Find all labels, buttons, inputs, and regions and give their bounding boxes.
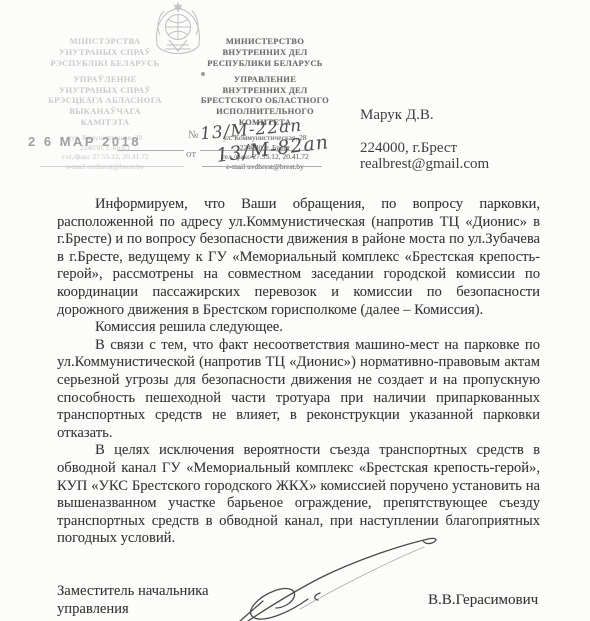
letterhead-line: тэл./факс 27.55.12, 20.41.72 <box>22 152 188 162</box>
signer-position-line1: Заместитель начальника <box>57 583 209 601</box>
letterhead-line: РЕСПУБЛИКИ БЕЛАРУСЬ <box>194 58 336 69</box>
letterhead-line: ВНУТРЕННИХ ДЕЛ <box>194 47 336 58</box>
paragraph-barrier-installation: В целях исключения вероятности съезда тр… <box>57 442 540 548</box>
incoming-date-stamp: 2 6 МАР 2018 <box>28 134 141 149</box>
letterhead-left-department: УПРАЎЛЕННЕ УНУТРАНЫХ СПРАЎ БРЭСЦКАГА АБЛ… <box>22 74 188 128</box>
letterhead-line: ВНУТРЕННИХ ДЕЛ <box>194 85 336 96</box>
letterhead-line: УПРАВЛЕНИЕ <box>194 74 336 85</box>
letterhead-line: ВЫКАНАЎЧАГА <box>22 106 188 117</box>
letterhead-line: УНУТРАНЫХ СПРАЎ <box>22 47 188 58</box>
scan-artifact-dot <box>201 72 205 76</box>
signer-position: Заместитель начальника управления <box>57 583 209 618</box>
letterhead-left-ministry: МІНІСТЭРСТВА УНУТРАНЫХ СПРАЎ РЭСПУБЛІКІ … <box>22 36 188 69</box>
second-row-underline <box>40 165 184 167</box>
scanned-letter-page: МІНІСТЭРСТВА УНУТРАНЫХ СПРАЎ РЭСПУБЛІКІ … <box>0 0 590 621</box>
recipient-email: realbrest@gmail.com <box>360 156 489 172</box>
letterhead-line: УПРАЎЛЕННЕ <box>22 74 188 85</box>
letterhead-line: МИНИСТЕРСТВО <box>194 36 336 47</box>
letterhead-line: РЭСПУБЛІКІ БЕЛАРУСЬ <box>22 58 188 69</box>
letterhead-right-ministry: МИНИСТЕРСТВО ВНУТРЕННИХ ДЕЛ РЕСПУБЛИКИ Б… <box>194 36 336 69</box>
signer-position-line2: управления <box>57 601 209 619</box>
letterhead-line: ИСПОЛНИТЕЛЬНОГО <box>194 106 336 117</box>
ref-from-label: от <box>186 148 196 160</box>
letterhead-line: БРЭСЦКАГА АБЛАСНОГА <box>22 95 188 106</box>
letterhead-line: БРЕСТСКОГО ОБЛАСТНОГО <box>194 95 336 106</box>
letterhead-line: КАМІТЭТА <box>22 117 188 128</box>
letterhead-line: УНУТРАНЫХ СПРАЎ <box>22 85 188 96</box>
recipient-postal: 224000, г.Брест <box>360 140 489 156</box>
letterhead-line: МІНІСТЭРСТВА <box>22 36 188 47</box>
paragraph-commission-decided: Комиссия решила следующее. <box>57 319 540 337</box>
paragraph-parking-refusal: В связи с тем, что факт несоответствия м… <box>57 337 540 443</box>
date-underline <box>118 149 184 151</box>
letterhead-left-column: МІНІСТЭРСТВА УНУТРАНЫХ СПРАЎ РЭСПУБЛІКІ … <box>22 36 188 176</box>
recipient-block: Марук Д.В. 224000, г.Брест realbrest@gma… <box>360 107 489 172</box>
recipient-name: Марук Д.В. <box>360 107 489 123</box>
letter-body: Информируем, что Ваши обращения, по вопр… <box>57 196 540 548</box>
signer-name: В.В.Герасимович <box>428 592 538 609</box>
ref-number-label: № <box>188 129 199 141</box>
paragraph-parking-overview: Информируем, что Ваши обращения, по вопр… <box>57 196 540 319</box>
